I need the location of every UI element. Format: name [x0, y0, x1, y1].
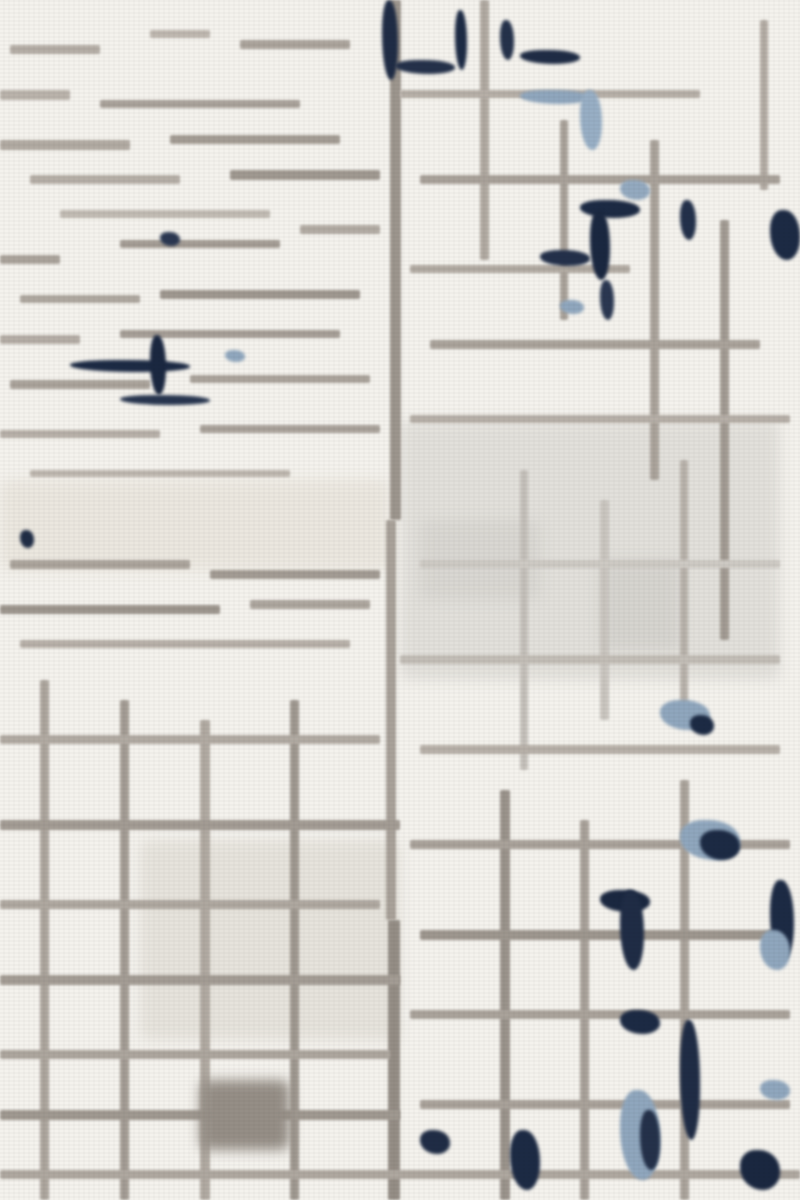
navy-blue-accents: [0, 0, 800, 1200]
rug-texture-photo: [0, 0, 800, 1200]
